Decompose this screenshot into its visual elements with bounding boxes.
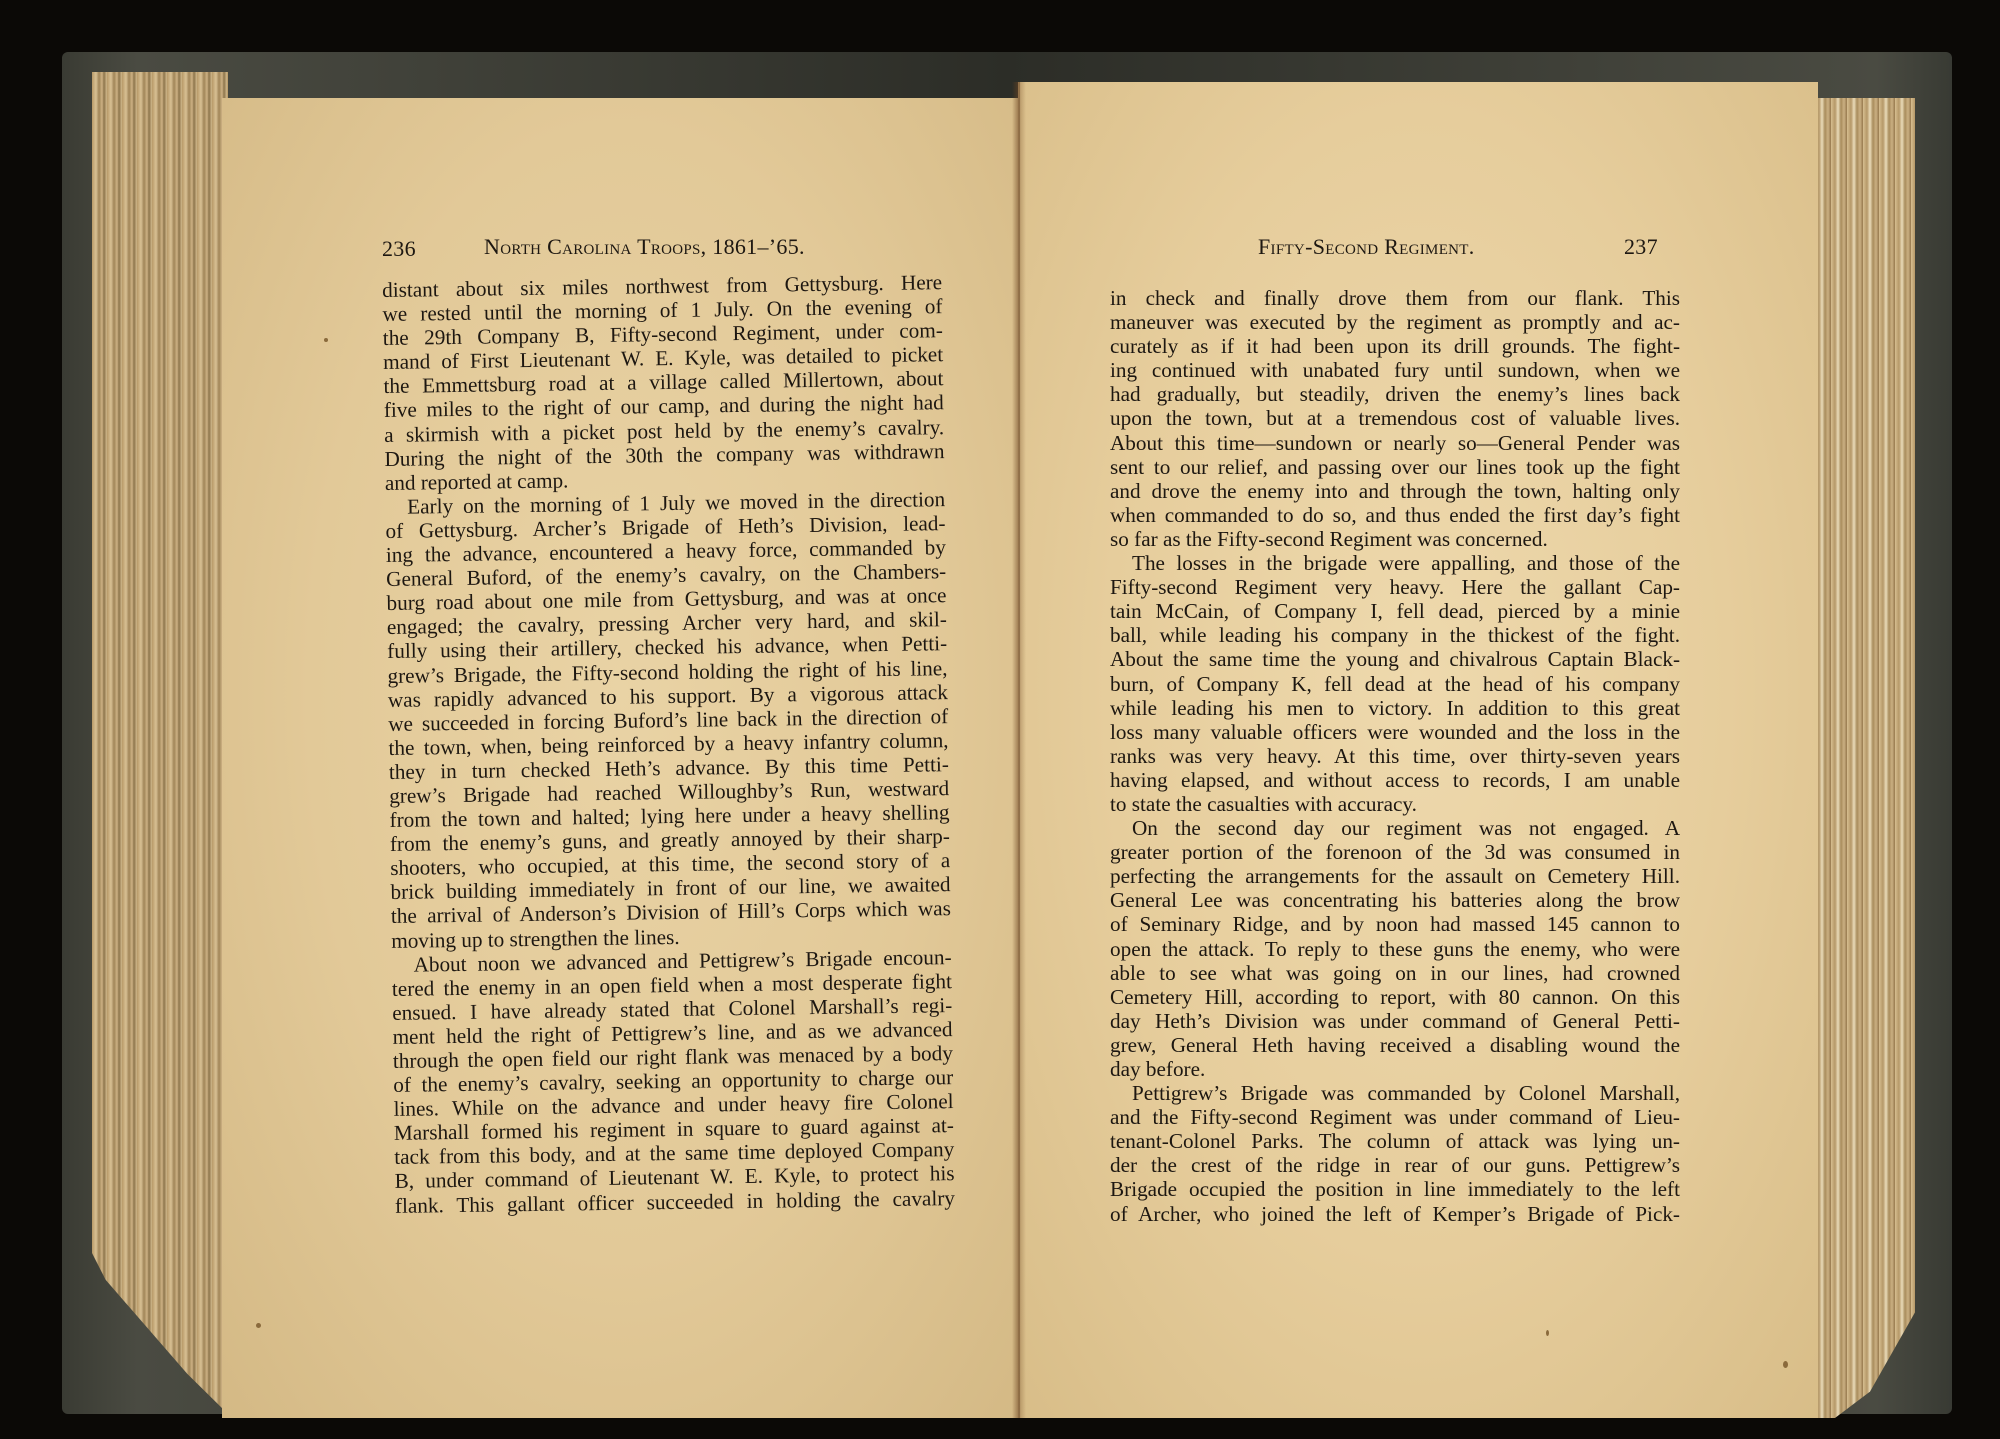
text-line: ing continued with unabated fury until s… [1110, 358, 1680, 382]
paper-speck [324, 338, 328, 342]
paper-speck [1783, 1361, 1788, 1368]
page-body-text: distant about six miles northwest from G… [382, 270, 955, 1217]
text-line: sent to our relief, and passing over our… [1110, 455, 1680, 479]
text-line: having elapsed, and without access to re… [1110, 768, 1680, 792]
right-page: Fifty-Second Regiment. 237 in check and … [1018, 82, 1818, 1418]
text-line: of Archer, who joined the left of Kemper… [1110, 1202, 1680, 1226]
text-line: Fifty-second Regiment very heavy. Here t… [1110, 575, 1680, 599]
text-line: General Lee was concentrating his batter… [1110, 888, 1680, 912]
text-line: while leading his men to victory. In add… [1110, 696, 1680, 720]
paper-speck [256, 1323, 261, 1328]
text-line: to state the casualties with accuracy. [1110, 792, 1680, 816]
text-line: grew, General Heth having received a dis… [1110, 1033, 1680, 1057]
page-number: 237 [1624, 234, 1658, 260]
page-block-edges-right [1815, 98, 1915, 1418]
paper-speck [1546, 1330, 1549, 1336]
text-line: loss many valuable officers were wounded… [1110, 720, 1680, 744]
text-line: The losses in the brigade were appalling… [1110, 551, 1680, 575]
text-line: day Heth’s Division was under command of… [1110, 1009, 1680, 1033]
text-line: ranks was very heavy. At this time, over… [1110, 744, 1680, 768]
page-number: 236 [382, 236, 416, 262]
running-head: Fifty-Second Regiment. [1258, 234, 1475, 260]
text-line: tain McCain, of Company I, fell dead, pi… [1110, 599, 1680, 623]
text-line: upon the town, but at a tremendous cost … [1110, 406, 1680, 430]
text-line: had gradually, but steadily, driven the … [1110, 382, 1680, 406]
text-line: able to see what was going on in our lin… [1110, 961, 1680, 985]
text-line: curately as if it had been upon its dril… [1110, 334, 1680, 358]
left-page: 236 North Carolina Troops, 1861–’65. dis… [222, 98, 1018, 1418]
page-block-edges-left [92, 72, 228, 1414]
text-line: ball, while leading his company in the t… [1110, 623, 1680, 647]
text-line: open the attack. To reply to these guns … [1110, 937, 1680, 961]
text-line: of Seminary Ridge, and by noon had masse… [1110, 912, 1680, 936]
text-line: in check and finally drove them from our… [1110, 286, 1680, 310]
text-line: tenant-Colonel Parks. The column of atta… [1110, 1129, 1680, 1153]
text-line: About this time—sundown or nearly so—Gen… [1110, 431, 1680, 455]
text-line: Pettigrew’s Brigade was commanded by Col… [1110, 1081, 1680, 1105]
text-line: maneuver was executed by the regiment as… [1110, 310, 1680, 334]
text-line: greater portion of the forenoon of the 3… [1110, 840, 1680, 864]
text-line: perfecting the arrangements for the assa… [1110, 864, 1680, 888]
text-line: and the Fifty-second Regiment was under … [1110, 1105, 1680, 1129]
text-line: day before. [1110, 1057, 1680, 1081]
text-line: and drove the enemy into and through the… [1110, 479, 1680, 503]
book-gutter [1012, 82, 1026, 1418]
text-line: About the same time the young and chival… [1110, 647, 1680, 671]
page-body-text: in check and finally drove them from our… [1110, 286, 1680, 1226]
text-line: On the second day our regiment was not e… [1110, 816, 1680, 840]
text-line: so far as the Fifty-second Regiment was … [1110, 527, 1680, 551]
text-line: Cemetery Hill, according to report, with… [1110, 985, 1680, 1009]
text-line: burn, of Company K, fell dead at the hea… [1110, 672, 1680, 696]
text-line: der the crest of the ridge in rear of ou… [1110, 1153, 1680, 1177]
running-head: North Carolina Troops, 1861–’65. [484, 234, 805, 260]
text-line: when commanded to do so, and thus ended … [1110, 503, 1680, 527]
text-line: Brigade occupied the position in line im… [1110, 1177, 1680, 1201]
